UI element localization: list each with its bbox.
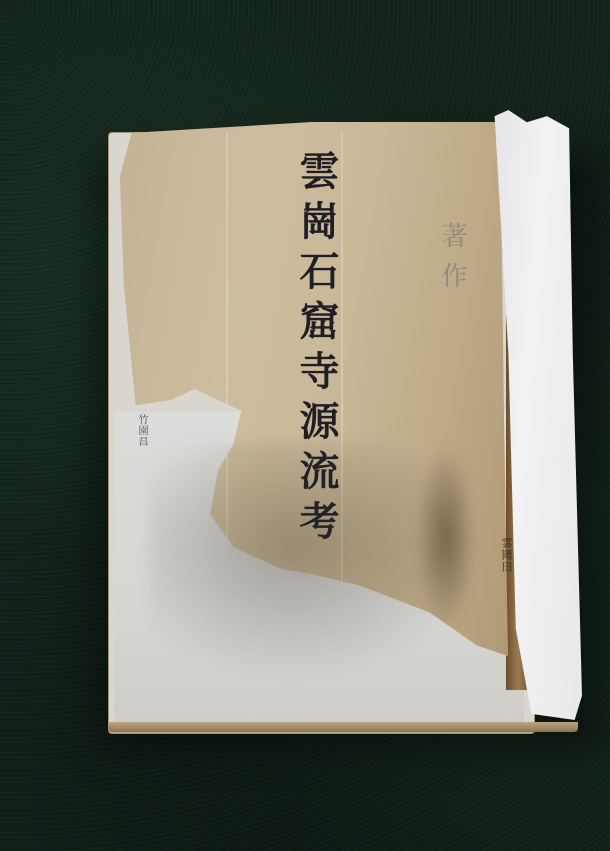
pencil-annotation: 著作 [434,222,471,302]
annotation-spine: 雲岡田 [498,537,514,573]
annotation-small-left: 竹園昌 [134,414,149,447]
old-book: 雲崗石窟寺源流考 大同 著作 竹園昌 雲岡田 [108,122,583,734]
book-bottom-edge [108,722,578,732]
tear-shadow [148,442,508,702]
